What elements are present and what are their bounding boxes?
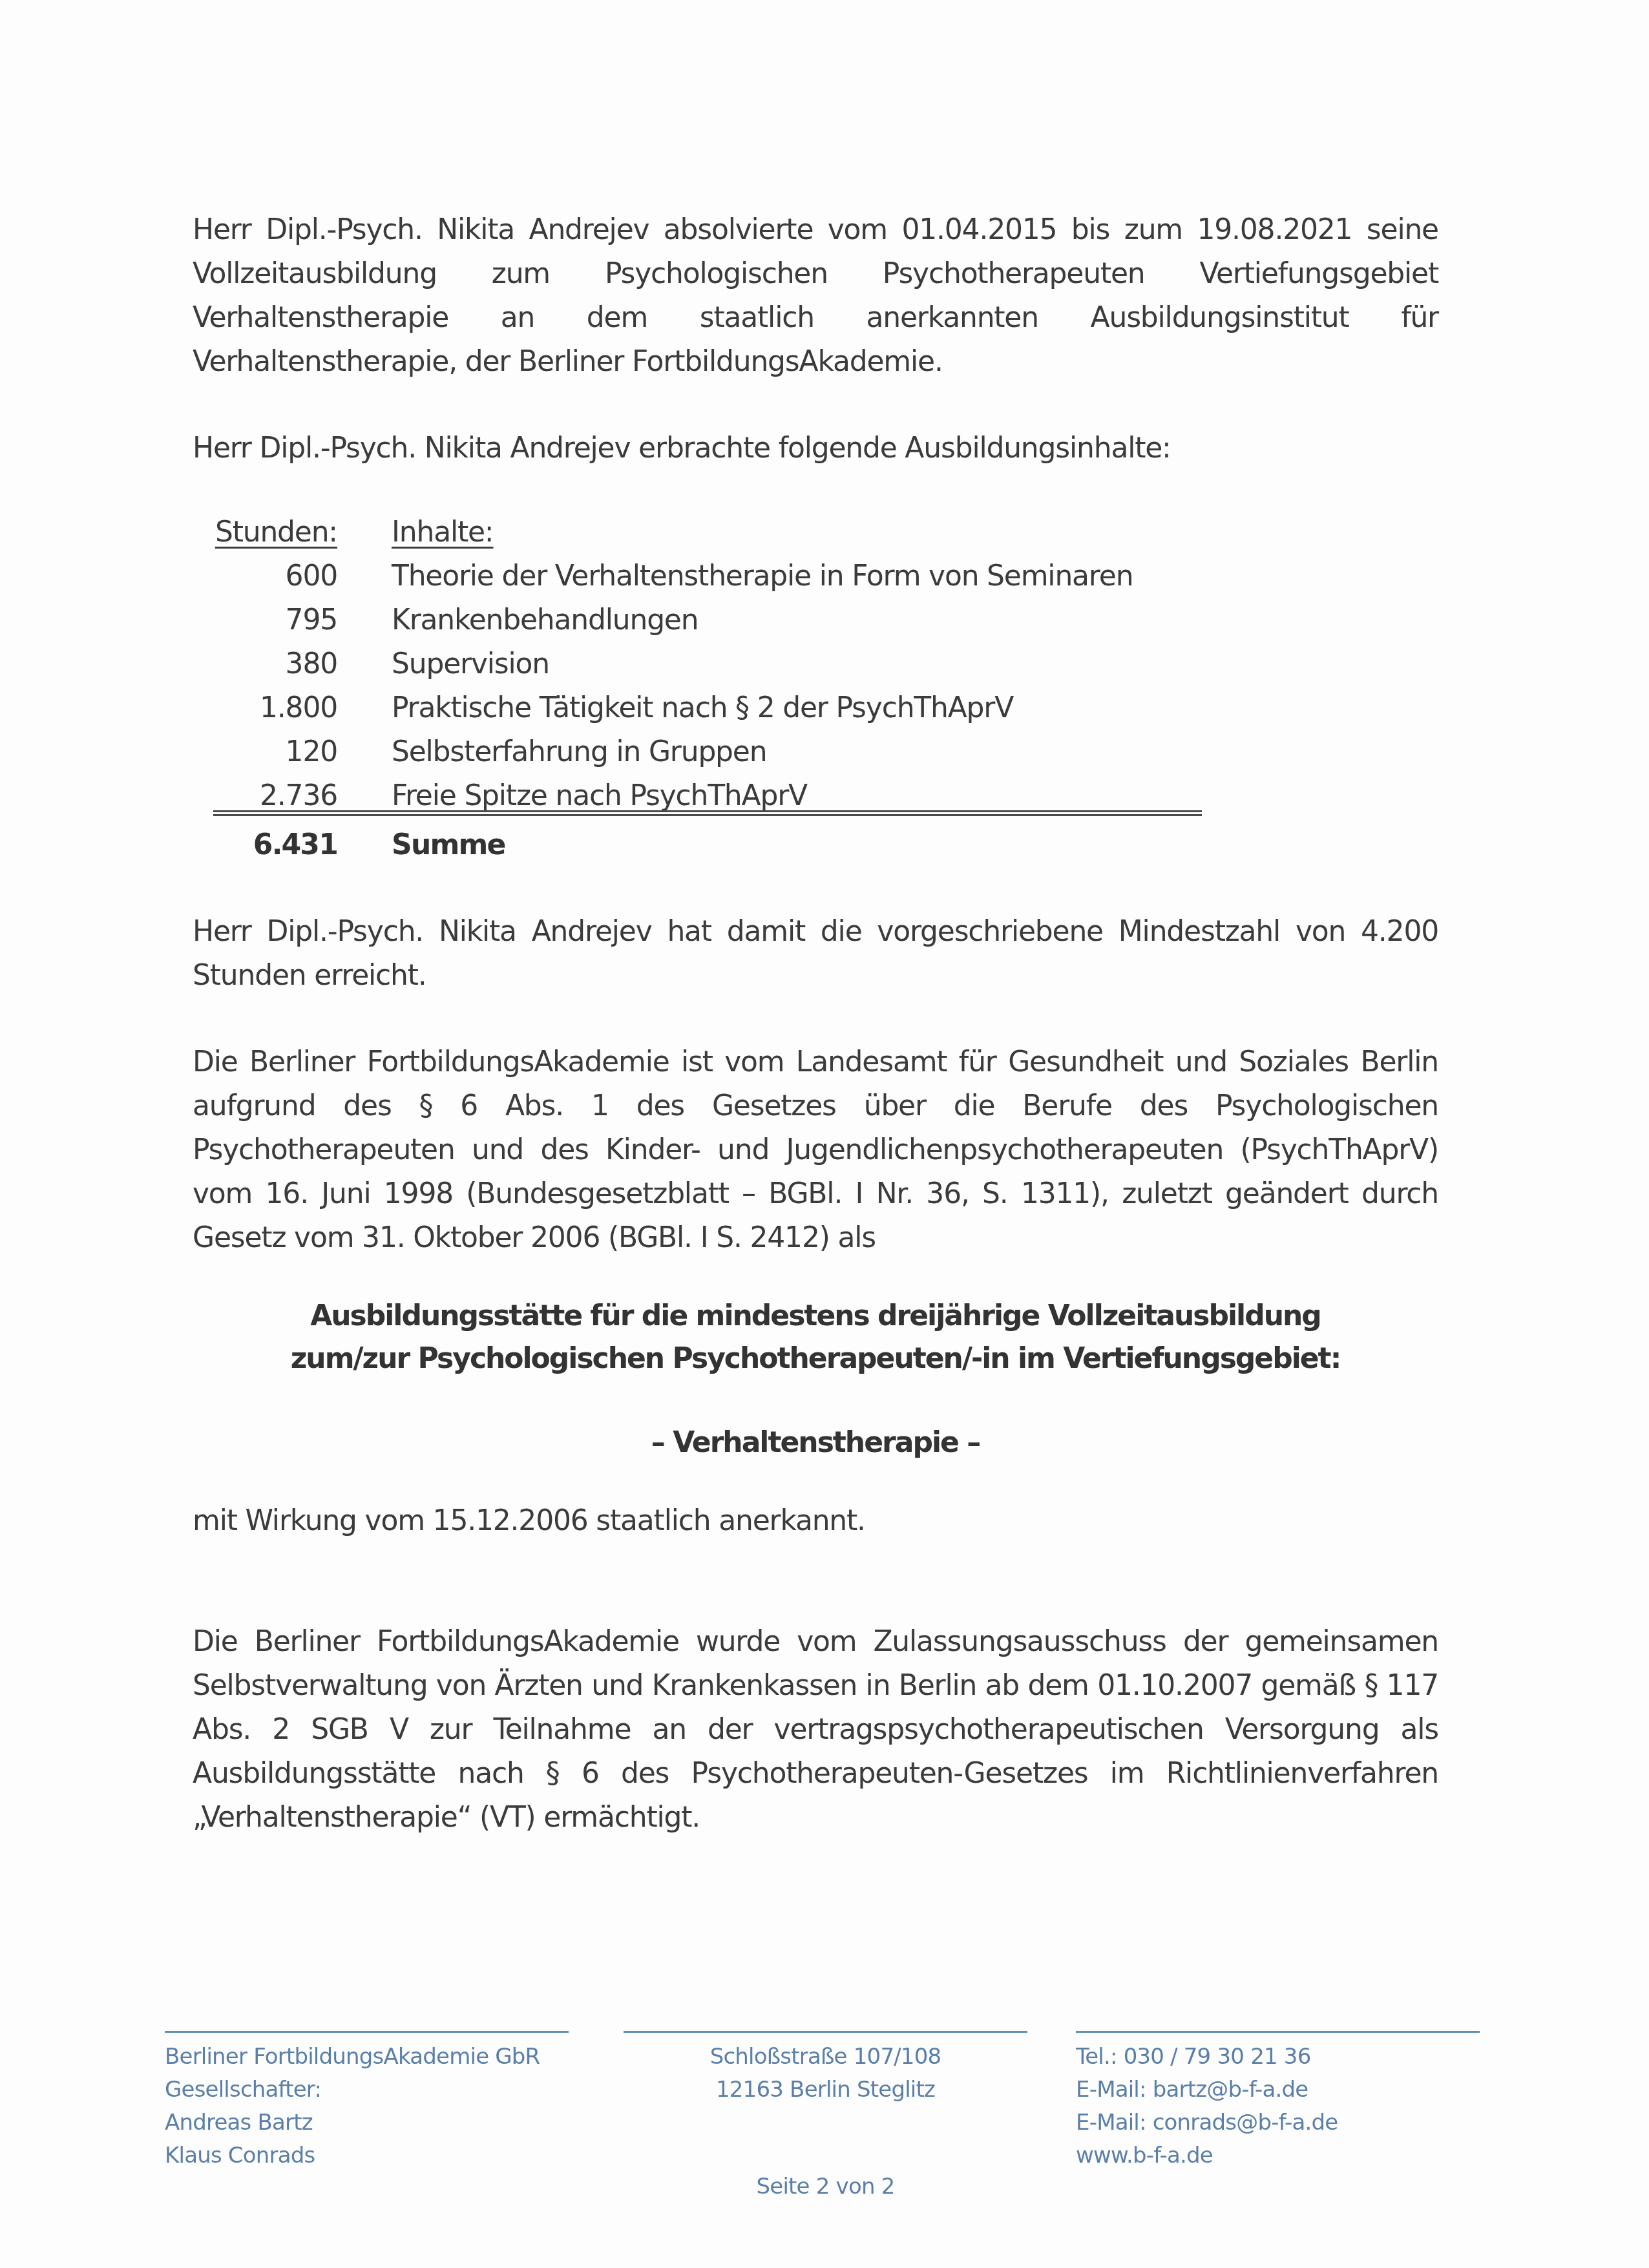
hours-table: Stunden: Inhalte: 600 Theorie der Verhal… [213, 510, 1221, 818]
table-row: 380 Supervision [213, 642, 1221, 686]
sum-double-rule [213, 810, 1202, 816]
authorization-paragraph: Die Berliner FortbildungsAkademie wurde … [193, 1620, 1438, 1840]
legal-basis-paragraph: Die Berliner FortbildungsAkademie ist vo… [193, 1040, 1438, 1260]
minimum-hours-paragraph: Herr Dipl.-Psych. Nikita Andrejev hat da… [193, 910, 1438, 998]
total-row: 6.431 Summe [213, 823, 1221, 867]
table-row: 120 Selbsterfahrung in Gruppen [213, 730, 1221, 774]
hours-value: 120 [213, 730, 337, 774]
footer-company-name: Berliner FortbildungsAkademie GbR [165, 2041, 578, 2074]
footer-phone: Tel.: 030 / 79 30 21 36 [1076, 2041, 1489, 2074]
footer-contact-block: Tel.: 030 / 79 30 21 36 E-Mail: bartz@b-… [1076, 2041, 1489, 2172]
accreditation-heading-line-2: zum/zur Psychologischen Psychotherapeute… [193, 1338, 1438, 1380]
table-row: 600 Theorie der Verhaltenstherapie in Fo… [213, 554, 1221, 598]
document-page: Herr Dipl.-Psych. Nikita Andrejev absolv… [0, 0, 1649, 2268]
footer-email-conrads[interactable]: E-Mail: conrads@b-f-a.de [1076, 2106, 1489, 2139]
hours-value: 600 [213, 554, 337, 598]
footer-street: Schloßstraße 107/108 [624, 2041, 1027, 2074]
content-value: Krankenbehandlungen [392, 598, 1221, 642]
footer-city: 12163 Berlin Steglitz [624, 2074, 1027, 2106]
effective-date-paragraph: mit Wirkung vom 15.12.2006 staatlich ane… [193, 1499, 1438, 1543]
hours-table-header: Stunden: Inhalte: [213, 510, 1221, 554]
footer-website[interactable]: www.b-f-a.de [1076, 2139, 1489, 2172]
hours-value: 795 [213, 598, 337, 642]
accreditation-heading: Ausbildungsstätte für die mindestens dre… [193, 1295, 1438, 1380]
hours-value: 1.800 [213, 686, 337, 730]
hours-column-header: Stunden: [213, 510, 337, 554]
accreditation-heading-line-1: Ausbildungsstätte für die mindestens dre… [193, 1295, 1438, 1338]
content-value: Selbsterfahrung in Gruppen [392, 730, 1221, 774]
footer-partner-2: Klaus Conrads [165, 2139, 578, 2172]
footer-rule-center [624, 2031, 1027, 2033]
hours-value: 380 [213, 642, 337, 686]
footer-rule-left [165, 2031, 569, 2033]
table-row: 1.800 Praktische Tätigkeit nach § 2 der … [213, 686, 1221, 730]
content-value: Praktische Tätigkeit nach § 2 der PsychT… [392, 686, 1221, 730]
content-value: Theorie der Verhaltenstherapie in Form v… [392, 554, 1221, 598]
footer-rule-right [1076, 2031, 1480, 2033]
content-value: Supervision [392, 642, 1221, 686]
content-column-header: Inhalte: [392, 510, 1221, 554]
footer-partners-label: Gesellschafter: [165, 2074, 578, 2106]
page-number: Seite 2 von 2 [624, 2174, 1027, 2200]
footer-partner-1: Andreas Bartz [165, 2106, 578, 2139]
footer-company-block: Berliner FortbildungsAkademie GbR Gesell… [165, 2041, 578, 2172]
intro-paragraph: Herr Dipl.-Psych. Nikita Andrejev absolv… [193, 208, 1438, 384]
total-label: Summe [392, 823, 1221, 867]
footer-email-bartz[interactable]: E-Mail: bartz@b-f-a.de [1076, 2074, 1489, 2106]
total-hours: 6.431 [213, 823, 337, 867]
training-intro: Herr Dipl.-Psych. Nikita Andrejev erbrac… [193, 426, 1438, 470]
footer-address-block: Schloßstraße 107/108 12163 Berlin Stegli… [624, 2041, 1027, 2106]
specialty-heading: – Verhaltenstherapie – [193, 1422, 1438, 1464]
table-row: 795 Krankenbehandlungen [213, 598, 1221, 642]
